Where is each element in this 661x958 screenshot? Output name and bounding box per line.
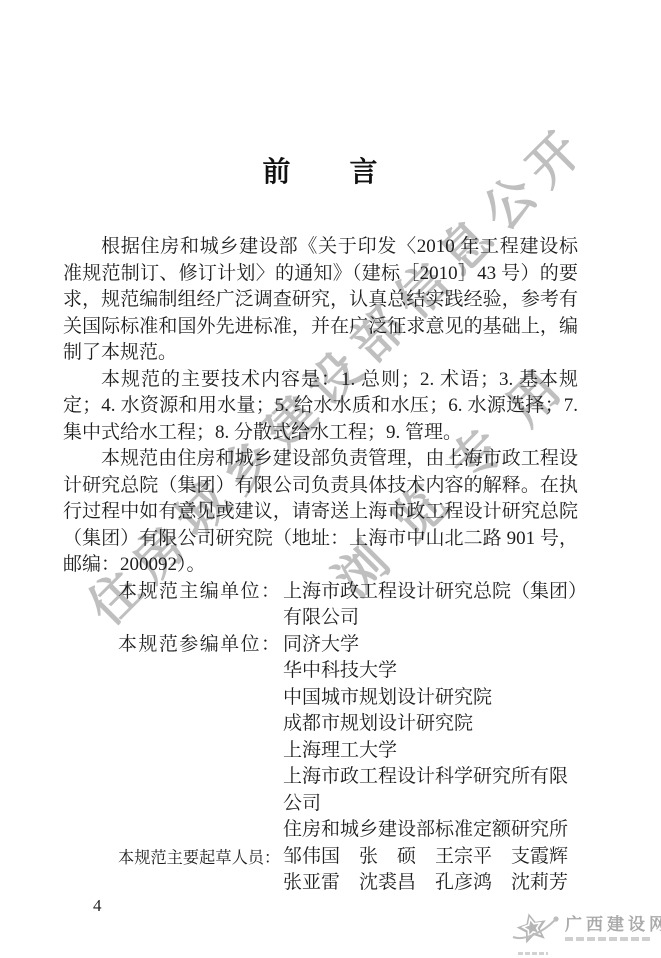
document-page: 住房城乡建设部信息公开 浏览专用 前 言 根据住房和城乡建设部《关于印发〈201…	[0, 0, 661, 958]
document-body: 根据住房和城乡建设部《关于印发〈2010 年工程建设标准规范制订、修订计划〉的通…	[63, 234, 578, 897]
credit-line: 住房和城乡建设部标准定额研究所	[283, 817, 578, 844]
paragraph: 本规范由住房和城乡建设部负责管理，由上海市政工程设计研究总院（集团）有限公司负责…	[63, 446, 578, 579]
credit-line: 成都市规划设计研究院	[283, 711, 578, 738]
credit-label: 本规范主编单位：	[118, 579, 280, 606]
star-swoosh-icon	[512, 910, 560, 946]
credit-row: 本规范主要起草人员：邹伟国 张 硕 王宗平 支霞辉张亚雷 沈裘昌 孔彦鸿 沈莉芳	[63, 844, 578, 897]
credit-line: 公司	[283, 791, 578, 818]
paragraph: 根据住房和城乡建设部《关于印发〈2010 年工程建设标准规范制订、修订计划〉的通…	[63, 234, 578, 367]
credit-row: 本规范主编单位：上海市政工程设计研究总院（集团）有限公司	[63, 579, 578, 632]
credit-line: 同济大学	[283, 632, 578, 659]
page-number: 4	[93, 896, 102, 916]
logo-text-col: 广西建设网	[565, 910, 661, 941]
credit-line: 上海市政工程设计科学研究所有限	[283, 764, 578, 791]
credit-line: 华中科技大学	[283, 658, 578, 685]
logo-tagline-text	[565, 937, 651, 941]
credits-sections: 本规范主编单位：上海市政工程设计研究总院（集团）有限公司本规范参编单位：同济大学…	[63, 579, 578, 897]
credit-line: 邹伟国 张 硕 王宗平 支霞辉	[283, 844, 578, 871]
credit-line: 中国城市规划设计研究院	[283, 685, 578, 712]
star-caption-text	[518, 952, 548, 955]
site-stamp-logo: 广西建设网	[512, 910, 661, 955]
page-title: 前 言	[63, 150, 578, 190]
credit-lines: 同济大学华中科技大学中国城市规划设计研究院成都市规划设计研究院上海理工大学上海市…	[280, 632, 578, 844]
credit-lines: 邹伟国 张 硕 王宗平 支霞辉张亚雷 沈裘昌 孔彦鸿 沈莉芳	[280, 844, 578, 897]
credit-label: 本规范主要起草人员：	[118, 844, 280, 872]
credit-row: 本规范参编单位：同济大学华中科技大学中国城市规划设计研究院成都市规划设计研究院上…	[63, 632, 578, 844]
credit-label: 本规范参编单位：	[118, 632, 280, 659]
credit-lines: 上海市政工程设计研究总院（集团）有限公司	[280, 579, 587, 632]
credit-line: 上海市政工程设计研究总院（集团）	[283, 579, 587, 606]
paragraphs: 根据住房和城乡建设部《关于印发〈2010 年工程建设标准规范制订、修订计划〉的通…	[63, 234, 578, 579]
logo-name: 广西建设网	[565, 916, 661, 934]
credit-line: 有限公司	[283, 605, 587, 632]
credit-line: 上海理工大学	[283, 738, 578, 765]
star-logo-col	[512, 910, 560, 955]
credit-line: 张亚雷 沈裘昌 孔彦鸿 沈莉芳	[283, 870, 578, 897]
paragraph: 本规范的主要技术内容是：1. 总则；2. 术语；3. 基本规定；4. 水资源和用…	[63, 367, 578, 447]
